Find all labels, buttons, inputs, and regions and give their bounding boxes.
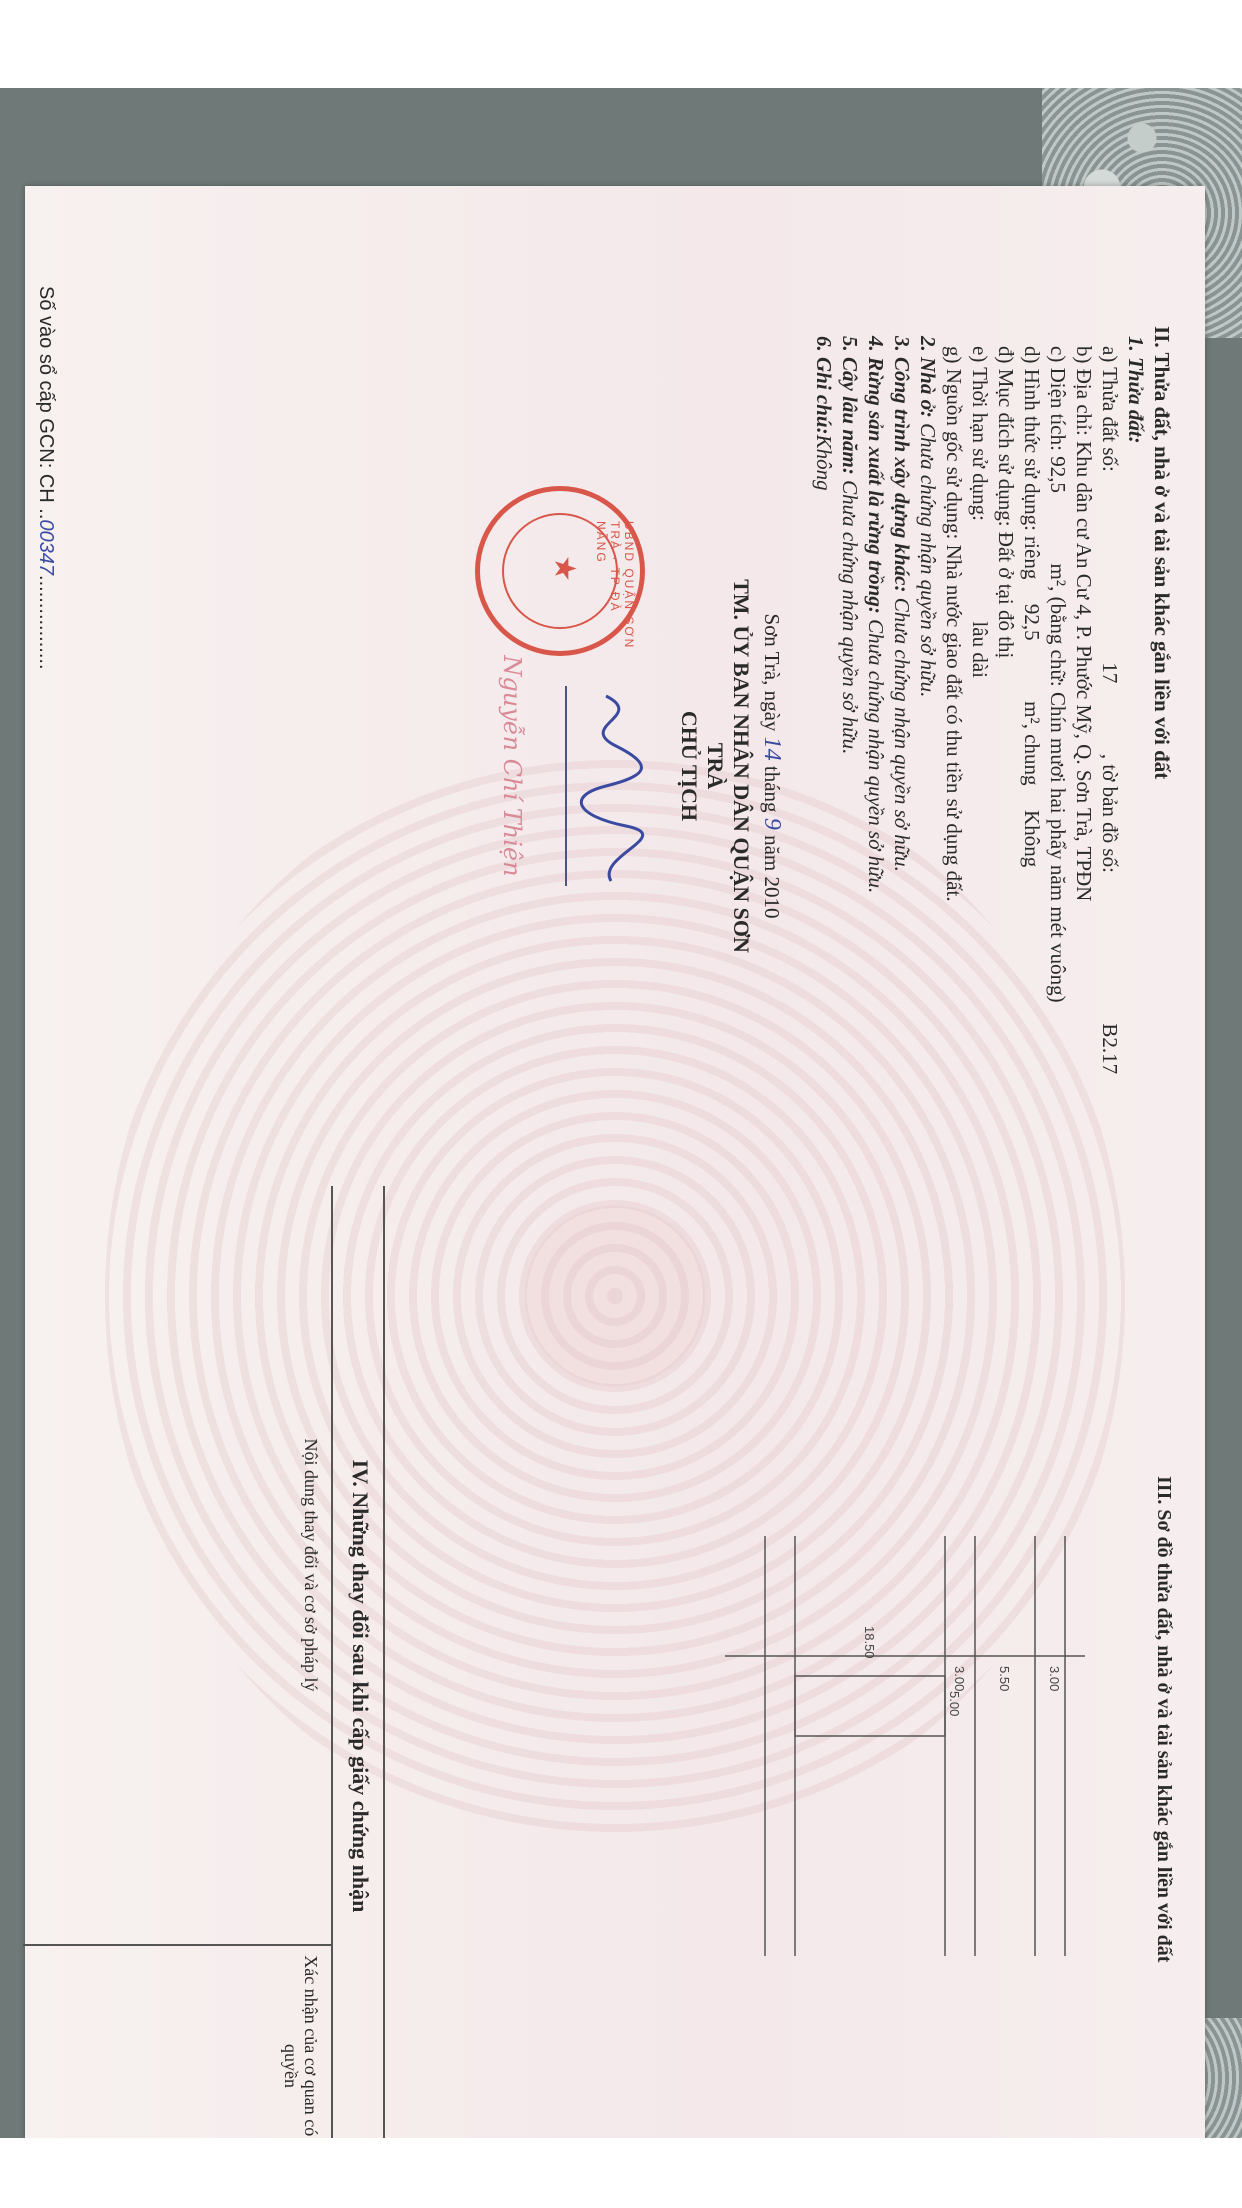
origin-value: Nhà nước giao đất có thu tiền sử dụng đấ… [942,545,966,902]
section-iv-heading: IV. Những thay đổi sau khi cấp giấy chứn… [347,1186,373,2138]
shared-area: Không [1020,810,1044,867]
issuing-organization: TM. ỦY BAN NHÂN DÂN QUẬN SƠN TRÀ [702,556,754,976]
section-iv: IV. Những thay đổi sau khi cấp giấy chứn… [23,1186,385,2138]
purpose-row: đ) Mục đích sử dụng: Đất ở tại đô thị [993,326,1019,1086]
term-value: lâu dài [968,621,992,678]
planted-forest-row: 4. Rừng sản xuất là rừng trồng: Chưa chứ… [863,326,889,1086]
dim-label: 18.50 [862,1626,877,1659]
address-row: b) Địa chỉ: Khu dân cư An Cư 4, P. Phước… [1071,326,1097,1086]
registry-number: Số vào sổ cấp GCN: CH ..00347...........… [34,286,57,670]
term-row: e) Thời hạn sử dụng: lâu dài [967,326,993,1086]
issue-day: 14 [759,737,785,761]
column-authority-confirmation: Xác nhận của cơ quan có thẩm quyền [23,1946,331,2138]
issue-year: 2010 [760,876,784,918]
notes-row: 6. Ghi chú:Không [811,326,837,1086]
photo-background: II. Thửa đất, nhà ở và tài sản khác gắn … [0,88,1242,2138]
issue-month: 9 [759,818,785,830]
address-value: Khu dân cư An Cư 4, P. Phước Mỹ, Q. Sơn … [1072,441,1096,901]
signer-title: CHỦ TỊCH [676,556,702,976]
house-row: 2. Nhà ở: Chưa chứng nhận quyền sở hữu. [915,326,941,1086]
section-ii: II. Thửa đất, nhà ở và tài sản khác gắn … [811,326,1175,1086]
dim-label: 3.00 [1047,1666,1062,1691]
other-construction-row: 3. Công trình xây dựng khác: Chưa chứng … [889,326,915,1086]
purpose-value: Đất ở tại đô thị [994,532,1018,659]
perennial-trees-row: 5. Cây lâu năm: Chưa chứng nhận quyền sở… [837,326,863,1086]
dim-label: 5.00 [947,1691,962,1716]
column-change-content: Nội dung thay đổi và cơ sở pháp lý [23,1186,331,1946]
dim-label: 5.50 [997,1666,1012,1691]
parcel-diagram: 3.00 5.50 3.00 18.50 5.00 [685,1516,1125,1976]
handwritten-signature-icon [556,686,666,886]
land-use-certificate-page: II. Thửa đất, nhà ở và tài sản khác gắn … [25,186,1205,2138]
area-row: c) Diện tích: 92,5 m², (bằng chữ: Chín m… [1045,326,1071,1086]
parcel-subheading: 1. Thửa đất: [1123,326,1149,1086]
area-value: 92,5 [1046,456,1070,493]
dim-label: 3.00 [952,1666,967,1691]
ownership-row: d) Hình thức sử dụng: riêng 92,5 m², chu… [1019,326,1045,1086]
star-icon: ★ [547,555,582,582]
parcel-number-row: a) Thửa đất số: 17 , tờ bản đồ số: B2.17 [1097,326,1123,1086]
private-area: 92,5 [1020,604,1044,641]
registry-number-value: 00347 [35,519,57,575]
changes-table: Nội dung thay đổi và cơ sở pháp lý Xác n… [23,1186,333,2138]
issue-date: Sơn Trà, ngày 14 tháng 9 năm 2010 [758,556,785,976]
section-iii-heading: III. Sơ đồ thửa đất, nhà ở và tài sản kh… [1152,1476,1175,1962]
official-red-seal: ★ UBND QUẬN SƠN TRÀ · TP ĐÀ NẴNG [475,486,645,656]
parcel-number: 17 [1098,662,1122,683]
map-sheet-number: B2.17 [1098,1023,1122,1074]
section-ii-heading: II. Thửa đất, nhà ở và tài sản khác gắn … [1149,326,1175,1086]
origin-row: g) Nguồn gốc sử dụng: Nhà nước giao đất … [941,326,967,1086]
